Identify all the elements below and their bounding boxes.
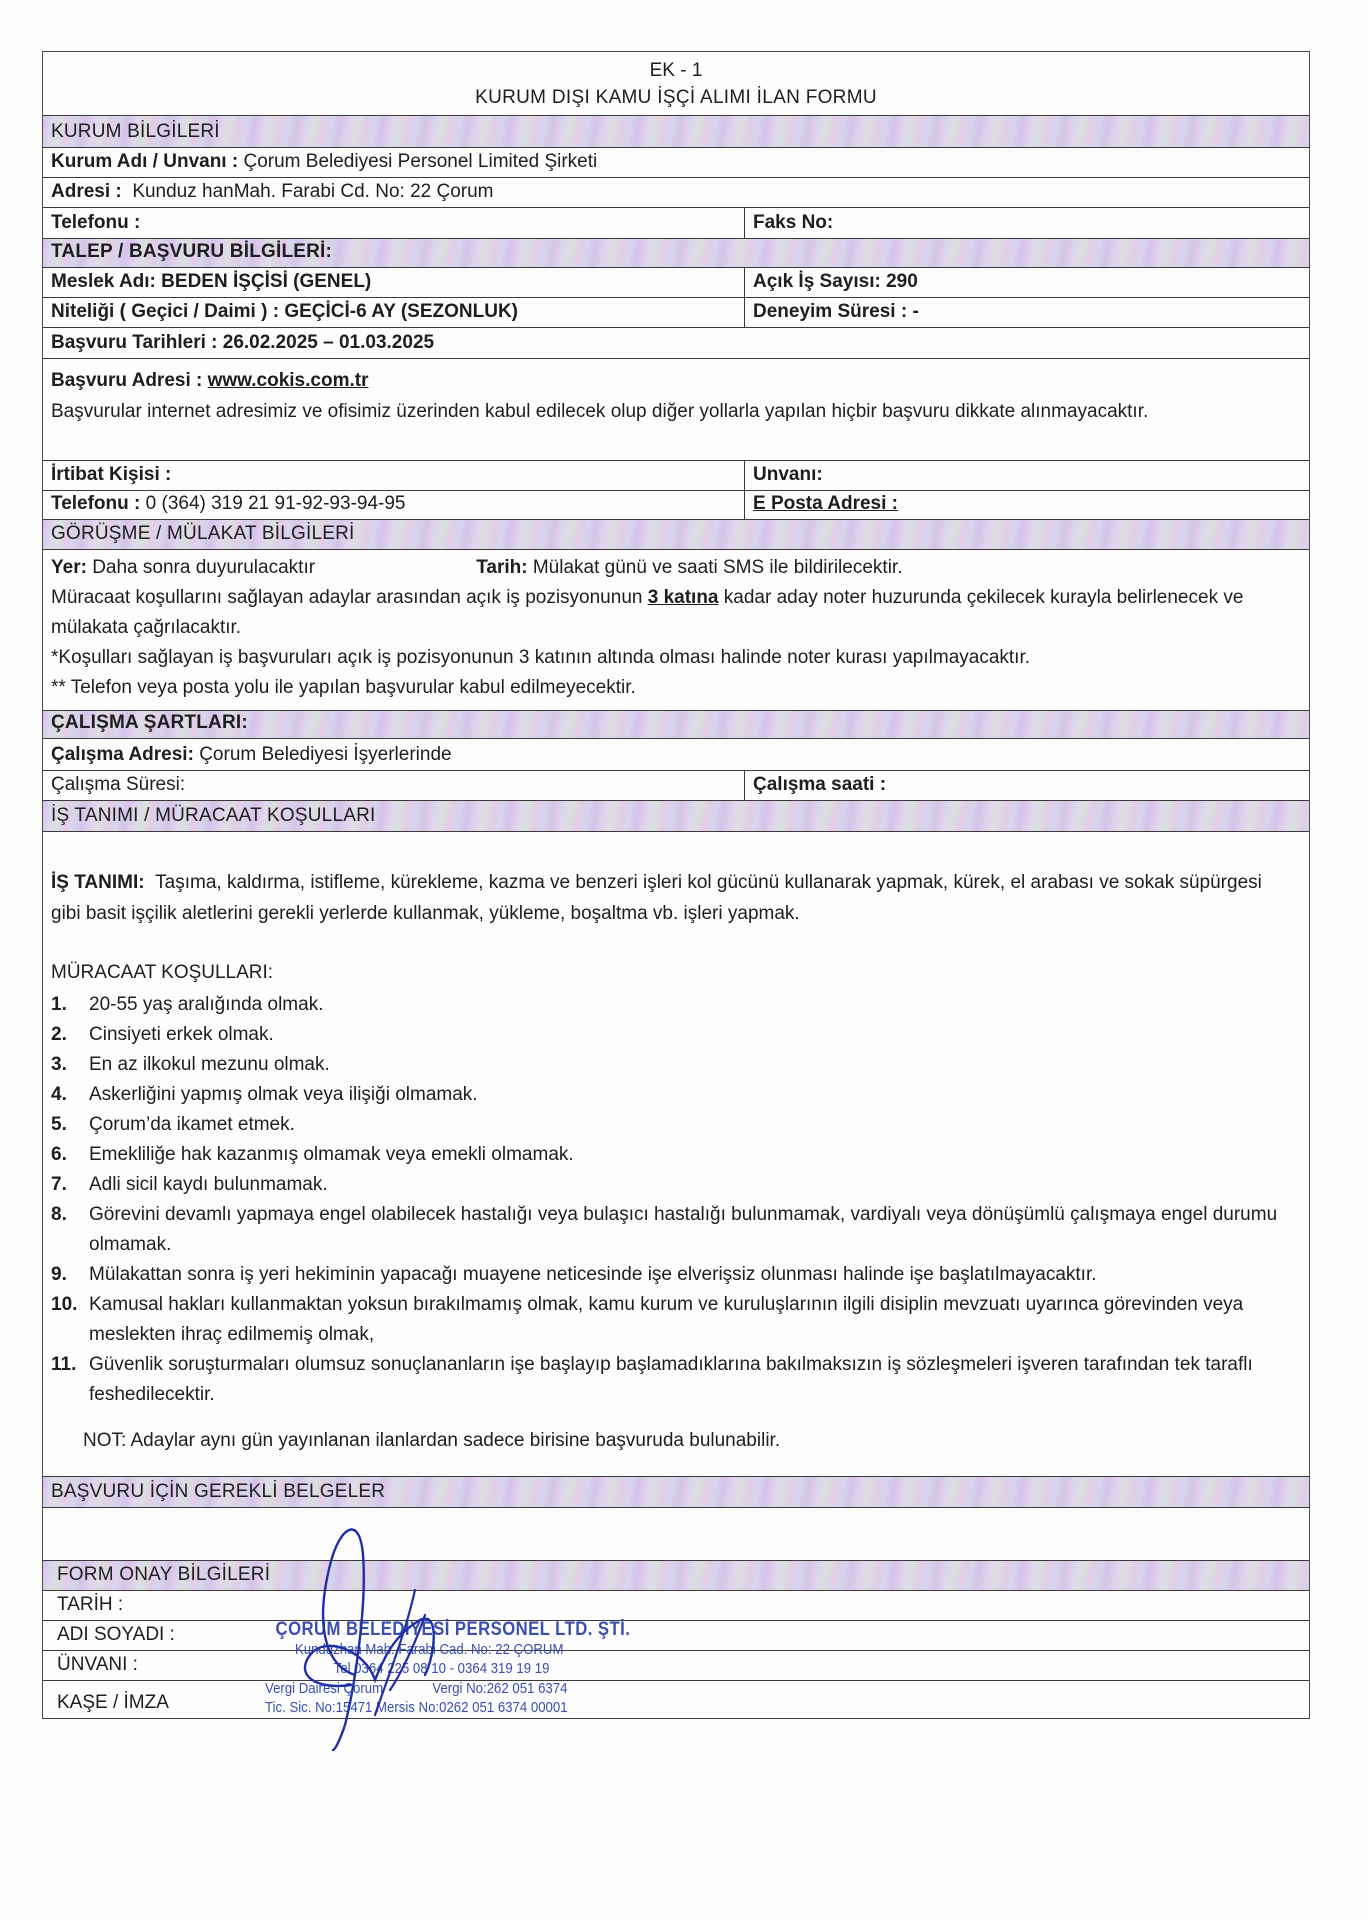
condition-number: 2.: [51, 1020, 67, 1050]
application-address-row: Başvuru Adresi : www.cokis.com.tr Başvur…: [43, 359, 1309, 461]
institution-address: Kunduz hanMah. Farabi Cd. No: 22 Çorum: [132, 181, 493, 202]
field-label: İrtibat Kişisi :: [51, 464, 171, 486]
section-title: BAŞVURU İÇİN GEREKLİ BELGELER: [43, 1481, 385, 1507]
condition-text: Emekliliğe hak kazanmış olmamak veya eme…: [89, 1144, 574, 1165]
documents-blank-row: [43, 1508, 1309, 1561]
condition-number: 1.: [51, 990, 67, 1020]
interview-note-2: ** Telefon veya posta yolu ile yapılan b…: [51, 673, 1301, 703]
field-label: İŞ TANIMI:: [51, 872, 145, 893]
section-title: KURUM BİLGİLERİ: [43, 121, 220, 147]
job-posting-form: EK - 1 KURUM DIŞI KAMU İŞÇİ ALIMI İLAN F…: [42, 51, 1310, 1719]
contact-phone-row: Telefonu : 0 (364) 319 21 91-92-93-94-95…: [43, 491, 1309, 520]
stamp-company: ÇORUM BELEDİYESİ PERSONEL LTD. ŞTİ.: [276, 1620, 631, 1640]
condition-number: 6.: [51, 1140, 67, 1170]
conditions-title: MÜRACAAT KOŞULLARI:: [51, 962, 273, 984]
field-label: TARİH :: [43, 1594, 243, 1620]
field-label: Adresi :: [51, 181, 122, 202]
condition-text: Görevini devamlı yapmaya engel olabilece…: [89, 1204, 1277, 1255]
condition-number: 9.: [51, 1260, 67, 1290]
section-interview: GÖRÜŞME / MÜLAKAT BİLGİLERİ: [43, 520, 1309, 550]
institution-phone-fax-row: Telefonu : Faks No:: [43, 208, 1309, 239]
section-title: ÇALIŞMA ŞARTLARI:: [43, 712, 248, 738]
field-label: Çalışma Adresi:: [51, 744, 194, 765]
job-description: İŞ TANIMI: Taşıma, kaldırma, istifleme, …: [51, 867, 1295, 929]
interview-place: Daha sonra duyurulacaktır: [92, 553, 476, 583]
condition-text: Güvenlik soruşturmaları olumsuz sonuçlan…: [89, 1354, 1253, 1405]
field-label: Yer:: [51, 557, 87, 578]
field-label: Faks No:: [753, 212, 833, 234]
interview-details: Yer: Daha sonra duyurulacaktırTarih: Mül…: [43, 550, 1309, 711]
institution-name: Çorum Belediyesi Personel Limited Şirket…: [243, 151, 597, 172]
stamp-tax-no: Vergi No:262 051 6374: [432, 1680, 567, 1697]
field-label: Niteliği ( Geçici / Daimi ) :: [51, 301, 279, 323]
condition-text: En az ilkokul mezunu olmak.: [89, 1054, 330, 1075]
section-title: FORM ONAY BİLGİLERİ: [43, 1564, 270, 1590]
condition-number: 8.: [51, 1200, 67, 1230]
stamp-registry: Tic. Sic. No:15471 Mersis No:0262 051 63…: [265, 1698, 630, 1718]
interview-date: Mülakat günü ve saati SMS ile bildirilec…: [533, 557, 903, 578]
section-documents: BAŞVURU İÇİN GEREKLİ BELGELER: [43, 1477, 1309, 1508]
open-positions-value: 290: [886, 271, 918, 293]
section-working-conditions: ÇALIŞMA ŞARTLARI:: [43, 711, 1309, 739]
condition-item: 4.Askerliğini yapmış olmak veya ilişiği …: [51, 1080, 1295, 1110]
section-institution: KURUM BİLGİLERİ: [43, 116, 1309, 148]
institution-name-row: Kurum Adı / Unvanı : Çorum Belediyesi Pe…: [43, 148, 1309, 178]
condition-text: 20-55 yaş aralığında olmak.: [89, 994, 323, 1015]
field-label: Unvanı:: [753, 464, 823, 486]
application-website-link[interactable]: www.cokis.com.tr: [208, 370, 369, 391]
work-duration-row: Çalışma Süresi: Çalışma saati :: [43, 771, 1309, 801]
section-title: İŞ TANIMI / MÜRACAAT KOŞULLARI: [43, 805, 376, 831]
field-label: Başvuru Tarihleri :: [51, 332, 217, 353]
condition-item: 1.20-55 yaş aralığında olmak.: [51, 990, 1295, 1020]
experience-value: -: [912, 301, 918, 323]
condition-number: 4.: [51, 1080, 67, 1110]
stamp-tax-office: Vergi Dairesi Çorum: [265, 1680, 383, 1697]
work-address-row: Çalışma Adresi: Çorum Belediyesi İşyerle…: [43, 739, 1309, 771]
condition-item: 9.Mülakattan sonra iş yeri hekiminin yap…: [51, 1260, 1295, 1290]
condition-number: 10.: [51, 1290, 77, 1320]
condition-item: 7.Adli sicil kaydı bulunmamak.: [51, 1170, 1295, 1200]
institution-address-row: Adresi : Kunduz hanMah. Farabi Cd. No: 2…: [43, 178, 1309, 208]
approval-date-row: TARİH :: [43, 1591, 1309, 1621]
condition-item: 5.Çorum’da ikamet etmek.: [51, 1110, 1295, 1140]
field-label: Açık İş Sayısı:: [753, 271, 881, 293]
job-body: İŞ TANIMI: Taşıma, kaldırma, istifleme, …: [43, 832, 1309, 1477]
field-label: ÜNVANI :: [43, 1654, 243, 1680]
application-dates-row: Başvuru Tarihleri : 26.02.2025 – 01.03.2…: [43, 328, 1309, 359]
application-dates: 26.02.2025 – 01.03.2025: [223, 332, 434, 353]
condition-text: Cinsiyeti erkek olmak.: [89, 1024, 274, 1045]
stamp-address: Kunduzhan Mah. Farabi Cad. No: 22 ÇORUM: [295, 1640, 630, 1660]
nature-row: Niteliği ( Geçici / Daimi ) : GEÇİCİ-6 A…: [43, 298, 1309, 328]
condition-item: 3.En az ilkokul mezunu olmak.: [51, 1050, 1295, 1080]
section-job: İŞ TANIMI / MÜRACAAT KOŞULLARI: [43, 801, 1309, 832]
section-title: GÖRÜŞME / MÜLAKAT BİLGİLERİ: [43, 523, 355, 549]
stamp-phone: Tel 0364 225 08 10 - 0364 319 19 19: [334, 1659, 631, 1679]
condition-number: 7.: [51, 1170, 67, 1200]
annex-label: EK - 1: [43, 60, 1309, 82]
section-approval: FORM ONAY BİLGİLERİ: [43, 1561, 1309, 1591]
condition-text: Mülakattan sonra iş yeri hekiminin yapac…: [89, 1264, 1097, 1285]
company-stamp: ÇORUM BELEDİYESİ PERSONEL LTD. ŞTİ. Kund…: [265, 1620, 630, 1718]
condition-text: Çorum’da ikamet etmek.: [89, 1114, 295, 1135]
job-description-text: Taşıma, kaldırma, istifleme, kürekleme, …: [51, 872, 1262, 924]
condition-item: 10.Kamusal hakları kullanmaktan yoksun b…: [51, 1290, 1295, 1350]
field-label: Çalışma saati :: [753, 774, 886, 796]
interview-note-1: *Koşulları sağlayan iş başvuruları açık …: [51, 643, 1301, 673]
section-application: TALEP / BAŞVURU BİLGİLERİ:: [43, 239, 1309, 268]
approval-title-row: ÜNVANI :: [43, 1651, 1309, 1681]
occupation-row: Meslek Adı: BEDEN İŞÇİSİ (GENEL) Açık İş…: [43, 268, 1309, 298]
lottery-text: Müracaat koşullarını sağlayan adaylar ar…: [51, 587, 642, 608]
field-label: KAŞE / İMZA: [43, 1692, 243, 1718]
approval-stamp-row: KAŞE / İMZA: [43, 1681, 1309, 1719]
field-label: Deneyim Süresi :: [753, 301, 907, 323]
condition-text: Adli sicil kaydı bulunmamak.: [89, 1174, 328, 1195]
lottery-multiplier: 3 katına: [648, 587, 719, 608]
field-label: Çalışma Süresi:: [51, 774, 185, 796]
condition-text: Askerliğini yapmış olmak veya ilişiği ol…: [89, 1084, 478, 1105]
field-label: Kurum Adı / Unvanı :: [51, 151, 238, 172]
field-label: Telefonu :: [51, 493, 140, 515]
form-title: KURUM DIŞI KAMU İŞÇİ ALIMI İLAN FORMU: [43, 87, 1309, 109]
work-address: Çorum Belediyesi İşyerlerinde: [199, 744, 451, 765]
form-title-block: EK - 1 KURUM DIŞI KAMU İŞÇİ ALIMI İLAN F…: [43, 52, 1309, 116]
condition-number: 11.: [51, 1350, 76, 1380]
application-note: NOT: Adaylar aynı gün yayınlanan ilanlar…: [83, 1430, 780, 1452]
condition-item: 8.Görevini devamlı yapmaya engel olabile…: [51, 1200, 1295, 1260]
section-title: TALEP / BAŞVURU BİLGİLERİ:: [43, 241, 332, 267]
condition-number: 5.: [51, 1110, 67, 1140]
occupation-value: BEDEN İŞÇİSİ (GENEL): [161, 271, 371, 293]
email-label: E Posta Adresi :: [753, 493, 898, 515]
field-label: Başvuru Adresi :: [51, 370, 202, 391]
field-label: ADI SOYADI :: [43, 1624, 243, 1650]
approval-name-row: ADI SOYADI :: [43, 1621, 1309, 1651]
contact-row: İrtibat Kişisi : Unvanı:: [43, 461, 1309, 491]
condition-number: 3.: [51, 1050, 67, 1080]
nature-value: GEÇİCİ-6 AY (SEZONLUK): [284, 301, 518, 323]
application-note: Başvurular internet adresimiz ve ofisimi…: [51, 396, 1301, 427]
field-label: Tarih:: [476, 557, 527, 578]
condition-item: 11.Güvenlik soruşturmaları olumsuz sonuç…: [51, 1350, 1295, 1410]
conditions-list: 1.20-55 yaş aralığında olmak.2.Cinsiyeti…: [51, 990, 1295, 1410]
condition-item: 6.Emekliliğe hak kazanmış olmamak veya e…: [51, 1140, 1295, 1170]
contact-phone: 0 (364) 319 21 91-92-93-94-95: [146, 493, 406, 515]
condition-text: Kamusal hakları kullanmaktan yoksun bıra…: [89, 1294, 1243, 1345]
condition-item: 2.Cinsiyeti erkek olmak.: [51, 1020, 1295, 1050]
field-label: Meslek Adı:: [51, 271, 156, 293]
field-label: Telefonu :: [51, 212, 140, 234]
